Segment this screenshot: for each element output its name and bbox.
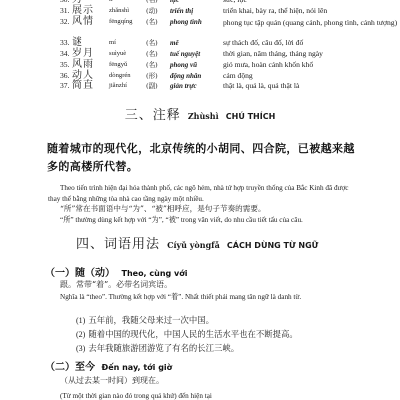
vocab-meaning: sức, lực [223, 0, 398, 5]
example-number: (1) [76, 316, 85, 325]
vocab-part-of-speech: (名) [146, 38, 158, 49]
notes-section-heading: 三、注释 Zhùshì CHÚ THÍCH [0, 104, 400, 123]
vocab-part-of-speech: (动) [146, 6, 158, 17]
usage-section-heading: 四、词语用法 Cíyǔ yòngfǎ CÁCH DÙNG TỪ NGỮ [76, 233, 318, 252]
vocab-meaning: phong tục tập quán (quang cảnh, phong tì… [223, 18, 398, 28]
note-sentence-chinese: 随着城市的现代化，北京传统的小胡同、四合院，已被越来越多的高楼所代替。 [47, 140, 357, 176]
vocab-row: 37. 简直 jiǎnzhí (副) giản trực thật là, qu… [0, 81, 400, 92]
usage-item-label-chinese: （一）随（动） [45, 268, 115, 279]
usage-heading-vietnamese: CÁCH DÙNG TỪ NGỮ [227, 241, 318, 250]
vocab-row: 35. 风雨 fēngyǔ (名) phong vũ gió mưa, hoàn… [0, 60, 400, 71]
vocab-meaning: cảm động [223, 71, 398, 81]
vocab-pinyin: fēngyǔ [109, 60, 127, 71]
note-explanation-chinese: “所”常在书面语中与“为”、“被”相呼应，是句子节奏的需要。 [48, 204, 358, 215]
example-number: (3) [76, 344, 85, 353]
vocab-meaning: gió mưa, hoàn cảnh khốn khổ [223, 60, 398, 70]
vocab-pinyin: suìyuè [109, 49, 126, 60]
notes-heading-vietnamese: CHÚ THÍCH [226, 112, 276, 121]
example-text: 去年我随旅游团游览了有名的长江三峡。 [88, 343, 239, 353]
usage-definition-vietnamese: Nghĩa là “theo”. Thường kết hợp với “着”.… [48, 292, 358, 303]
vocab-row: 33. 谜 mí (名) mê sự thách đố, câu đố, lời… [0, 38, 400, 49]
usage-item-label-vietnamese: Đến nay, tới giờ [101, 363, 172, 372]
vocab-pinyin: fēngqíng [109, 17, 132, 28]
usage-item-heading: （二）至今 Đến nay, tới giờ [45, 358, 172, 373]
vocab-number: 34. [60, 49, 70, 60]
vocab-part-of-speech: (名) [146, 17, 158, 28]
vocab-meaning: triển khai, bày ra, thể hiện, nói lên [223, 6, 398, 16]
usage-heading-pinyin: Cíyǔ yòngfǎ [167, 240, 220, 250]
usage-definition-vietnamese: (Từ một thời gian nào đó trong quá khứ) … [60, 391, 370, 400]
vocab-number: 36. [60, 71, 70, 82]
usage-item-label-chinese: （二）至今 [45, 362, 95, 373]
vocab-number: 37. [60, 81, 70, 92]
note-translation-vietnamese: Theo tiến trình hiện đại hóa thành phố, … [48, 183, 358, 205]
vocab-row: 34. 岁月 suìyuè (名) tuế nguyệt thời gian, … [0, 49, 400, 60]
example-number: (2) [76, 330, 85, 339]
vocab-number: 33. [60, 38, 70, 49]
notes-heading-chinese: 三、注释 [125, 108, 181, 123]
vocab-sino-vietnamese: mê [170, 38, 179, 49]
notes-heading-pinyin: Zhùshì [188, 111, 219, 121]
vocab-meaning: sự thách đố, câu đố, lời đố [223, 38, 398, 48]
vocab-meaning: thật là, quả là, quả thật là [223, 81, 398, 91]
vocab-pinyin: zhǎnshì [109, 6, 129, 17]
usage-item-heading: （一）随（动） Theo, cùng với [45, 264, 187, 279]
vocab-row: 31. 展示 zhǎnshì (动) triển thị triển khai,… [0, 6, 400, 18]
vocab-number: 31. [60, 6, 70, 17]
vocab-hanzi: 展示 [72, 6, 94, 17]
vocab-sino-vietnamese: động nhân [170, 71, 201, 82]
vocab-hanzi: 风情 [72, 17, 94, 28]
vocab-pinyin: mí [109, 38, 116, 49]
example-sentence: (1)五年前，我随父母来过一次中国。 [76, 314, 214, 326]
vocab-part-of-speech: (副) [146, 81, 158, 92]
vocab-pinyin: jiǎnzhí [109, 81, 127, 92]
example-text: 五年前，我随父母来过一次中国。 [88, 315, 214, 325]
note-explanation-vietnamese: “所” thường dùng kết hợp với “为”, “被” tro… [48, 215, 358, 226]
usage-definition-chinese: 跟。常带“着”。必带名词宾语。 [60, 280, 370, 291]
example-sentence: (2)随着中国的现代化，中国人民的生活水平也在不断提高。 [76, 328, 298, 340]
vocab-number: 35. [60, 60, 70, 71]
usage-item-label-vietnamese: Theo, cùng với [121, 269, 187, 278]
example-sentence: (3)去年我随旅游团游览了有名的长江三峡。 [76, 342, 239, 354]
vocab-row: 32. 风情 fēngqíng (名) phong tình phong tục… [0, 17, 400, 38]
vocab-sino-vietnamese: phong vũ [170, 60, 197, 71]
vocab-sino-vietnamese: phong tình [170, 17, 202, 28]
usage-heading-chinese: 四、词语用法 [76, 237, 160, 252]
vocab-row: 36. 动人 dòngrén (形) động nhân cảm động [0, 71, 400, 82]
vocab-part-of-speech: (形) [146, 71, 158, 82]
example-text: 随着中国的现代化，中国人民的生活水平也在不断提高。 [88, 329, 297, 339]
vocab-pinyin: dòngrén [109, 71, 131, 82]
vocabulary-table: 30. 力 lì (名) lực sức, lực 31. 展示 zhǎnshì… [0, 0, 400, 92]
vocab-part-of-speech: (名) [146, 49, 158, 60]
vocab-sino-vietnamese: tuế nguyệt [170, 49, 200, 60]
vocab-part-of-speech: (名) [146, 60, 158, 71]
vocab-sino-vietnamese: giản trực [170, 81, 197, 92]
vocab-sino-vietnamese: triển thị [170, 6, 193, 17]
vocab-meaning: thời gian, năm tháng, tháng ngày [223, 49, 398, 59]
usage-definition-chinese: （从过去某一时间）到现在。 [60, 376, 370, 387]
vocab-hanzi: 简直 [72, 81, 94, 92]
vocab-number: 32. [60, 17, 70, 28]
